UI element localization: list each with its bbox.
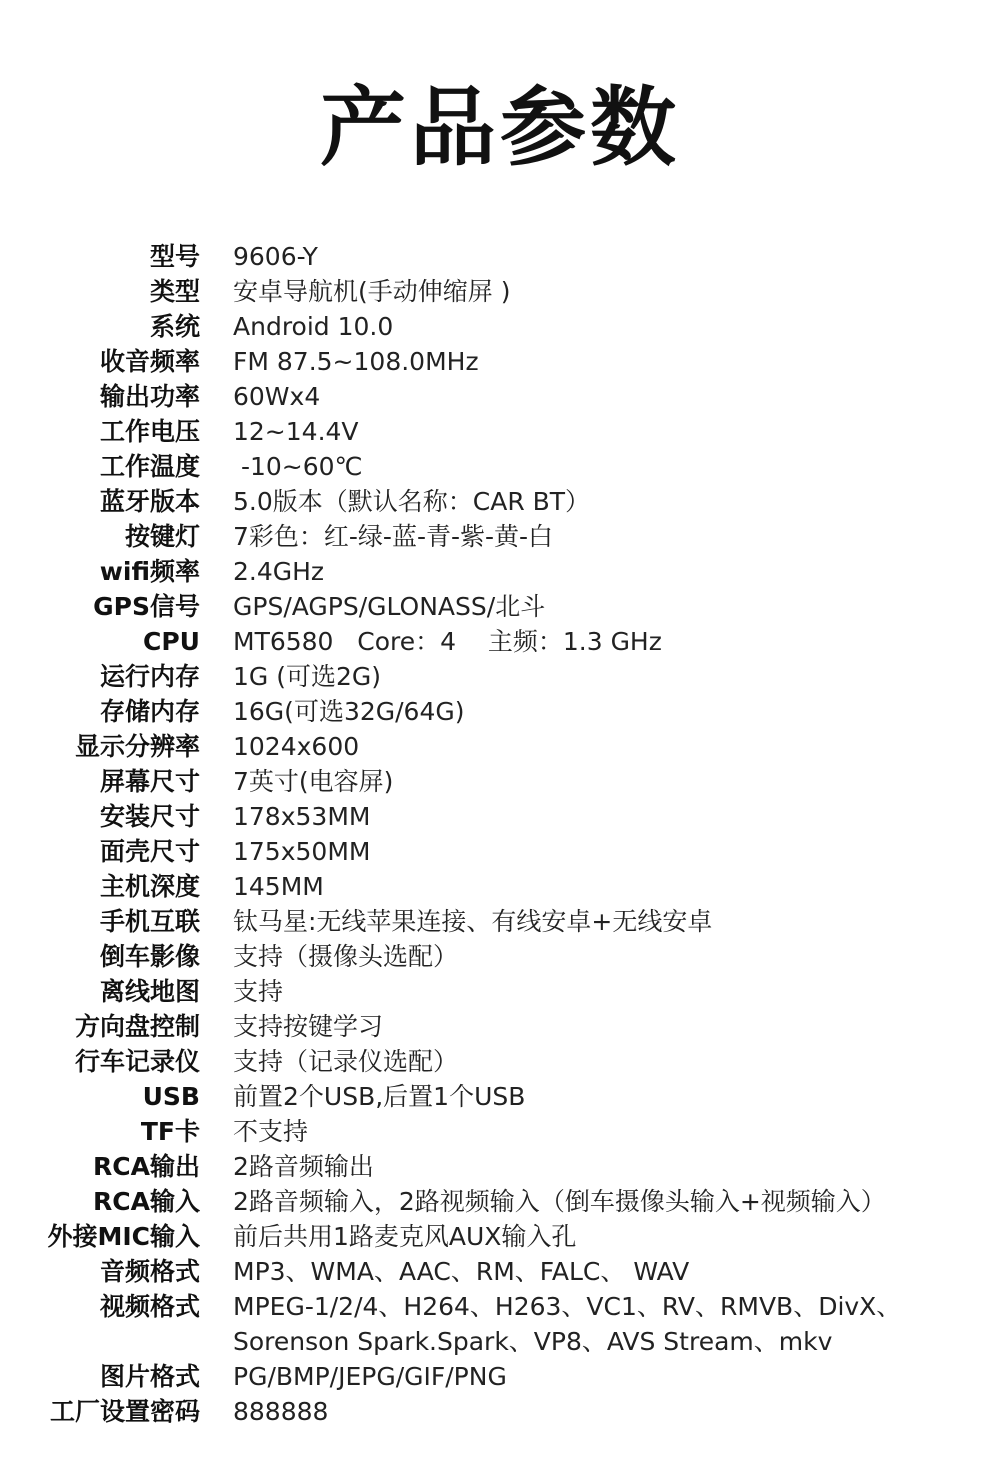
spec-row-type: 类型安卓导航机(手动伸缩屏 ) — [0, 274, 1000, 309]
spec-row-temperature: 工作温度 -10~60℃ — [0, 449, 1000, 484]
spec-value: 888888 — [233, 1394, 328, 1429]
spec-row-mic-input: 外接MIC输入前后共用1路麦克风AUX输入孔 — [0, 1219, 1000, 1254]
spec-row-rca-input: RCA输入2路音频输入，2路视频输入（倒车摄像头输入+视频输入） — [0, 1184, 1000, 1219]
spec-label: 屏幕尺寸 — [0, 764, 200, 799]
spec-value: 1G (可选2G) — [233, 659, 381, 694]
spec-label: 工作温度 — [0, 449, 200, 484]
spec-value: 支持（记录仪选配） — [233, 1044, 458, 1079]
spec-value: MPEG-1/2/4、H264、H263、VC1、RV、RMVB、DivX、 S… — [233, 1289, 901, 1359]
spec-label: RCA输入 — [0, 1184, 200, 1219]
spec-value: 178x53MM — [233, 799, 370, 834]
spec-label: 收音频率 — [0, 344, 200, 379]
spec-value: 145MM — [233, 869, 324, 904]
spec-row-steering-control: 方向盘控制支持按键学习 — [0, 1009, 1000, 1044]
spec-row-image-formats: 图片格式PG/BMP/JEPG/GIF/PNG — [0, 1359, 1000, 1394]
spec-value: 12~14.4V — [233, 414, 359, 449]
spec-label: 蓝牙版本 — [0, 484, 200, 519]
spec-row-model: 型号9606-Y — [0, 239, 1000, 274]
spec-value: 钛马星:无线苹果连接、有线安卓+无线安卓 — [233, 904, 712, 939]
spec-label: 存储内存 — [0, 694, 200, 729]
spec-value: 2路音频输出 — [233, 1149, 374, 1184]
spec-value: MT6580 Core：4 主频：1.3 GHz — [233, 624, 662, 659]
spec-row-gps: GPS信号GPS/AGPS/GLONASS/北斗 — [0, 589, 1000, 624]
spec-value: GPS/AGPS/GLONASS/北斗 — [233, 589, 545, 624]
spec-row-usb: USB前置2个USB,后置1个USB — [0, 1079, 1000, 1114]
spec-row-depth: 主机深度145MM — [0, 869, 1000, 904]
spec-row-voltage: 工作电压12~14.4V — [0, 414, 1000, 449]
spec-value: 不支持 — [233, 1114, 308, 1149]
spec-label: 型号 — [0, 239, 200, 274]
spec-label: 系统 — [0, 309, 200, 344]
spec-row-output-power: 输出功率60Wx4 — [0, 379, 1000, 414]
spec-label: 工作电压 — [0, 414, 200, 449]
spec-value: 7彩色：红-绿-蓝-青-紫-黄-白 — [233, 519, 553, 554]
spec-value: 9606-Y — [233, 239, 318, 274]
spec-row-panel-size: 面壳尺寸175x50MM — [0, 834, 1000, 869]
spec-row-storage: 存储内存16G(可选32G/64G) — [0, 694, 1000, 729]
spec-label: 类型 — [0, 274, 200, 309]
spec-value: 前后共用1路麦克风AUX输入孔 — [233, 1219, 576, 1254]
spec-label: 视频格式 — [0, 1289, 200, 1359]
spec-value: MP3、WMA、AAC、RM、FALC、 WAV — [233, 1254, 689, 1289]
spec-label: 外接MIC输入 — [0, 1219, 200, 1254]
spec-value: 175x50MM — [233, 834, 370, 869]
spec-value: 支持 — [233, 974, 283, 1009]
spec-label: 音频格式 — [0, 1254, 200, 1289]
spec-value: FM 87.5~108.0MHz — [233, 344, 479, 379]
spec-value: 7英寸(电容屏) — [233, 764, 393, 799]
spec-value: 前置2个USB,后置1个USB — [233, 1079, 525, 1114]
spec-value: 支持（摄像头选配） — [233, 939, 458, 974]
spec-value: PG/BMP/JEPG/GIF/PNG — [233, 1359, 507, 1394]
spec-label: 行车记录仪 — [0, 1044, 200, 1079]
spec-row-wifi: wifi频率2.4GHz — [0, 554, 1000, 589]
spec-row-audio-formats: 音频格式MP3、WMA、AAC、RM、FALC、 WAV — [0, 1254, 1000, 1289]
spec-value: Android 10.0 — [233, 309, 393, 344]
spec-label: 方向盘控制 — [0, 1009, 200, 1044]
spec-value: -10~60℃ — [233, 449, 363, 484]
spec-label: 倒车影像 — [0, 939, 200, 974]
spec-value: 5.0版本（默认名称：CAR BT） — [233, 484, 590, 519]
spec-value: 2路音频输入，2路视频输入（倒车摄像头输入+视频输入） — [233, 1184, 886, 1219]
spec-label: 按键灯 — [0, 519, 200, 554]
spec-value: 1024x600 — [233, 729, 359, 764]
spec-label: 显示分辨率 — [0, 729, 200, 764]
spec-value: 16G(可选32G/64G) — [233, 694, 464, 729]
spec-row-tf-card: TF卡不支持 — [0, 1114, 1000, 1149]
spec-row-screen-size: 屏幕尺寸7英寸(电容屏) — [0, 764, 1000, 799]
spec-label: TF卡 — [0, 1114, 200, 1149]
spec-row-radio-frequency: 收音频率FM 87.5~108.0MHz — [0, 344, 1000, 379]
spec-label: wifi频率 — [0, 554, 200, 589]
spec-row-install-size: 安装尺寸178x53MM — [0, 799, 1000, 834]
spec-row-key-lights: 按键灯7彩色：红-绿-蓝-青-紫-黄-白 — [0, 519, 1000, 554]
spec-label: 输出功率 — [0, 379, 200, 414]
page-title: 产品参数 — [0, 78, 1000, 178]
spec-label: 运行内存 — [0, 659, 200, 694]
spec-row-bluetooth: 蓝牙版本5.0版本（默认名称：CAR BT） — [0, 484, 1000, 519]
spec-label: 工厂设置密码 — [0, 1394, 200, 1429]
spec-table: 型号9606-Y 类型安卓导航机(手动伸缩屏 ) 系统Android 10.0 … — [0, 239, 1000, 1429]
spec-value: 60Wx4 — [233, 379, 320, 414]
spec-label: 安装尺寸 — [0, 799, 200, 834]
spec-row-resolution: 显示分辨率1024x600 — [0, 729, 1000, 764]
spec-label: RCA输出 — [0, 1149, 200, 1184]
spec-row-rca-output: RCA输出2路音频输出 — [0, 1149, 1000, 1184]
spec-label: 离线地图 — [0, 974, 200, 1009]
spec-value: 安卓导航机(手动伸缩屏 ) — [233, 274, 510, 309]
spec-row-phone-link: 手机互联钛马星:无线苹果连接、有线安卓+无线安卓 — [0, 904, 1000, 939]
spec-label: 手机互联 — [0, 904, 200, 939]
spec-value: 2.4GHz — [233, 554, 324, 589]
spec-row-dashcam: 行车记录仪支持（记录仪选配） — [0, 1044, 1000, 1079]
spec-row-factory-password: 工厂设置密码888888 — [0, 1394, 1000, 1429]
spec-label: 主机深度 — [0, 869, 200, 904]
spec-label: 图片格式 — [0, 1359, 200, 1394]
spec-label: CPU — [0, 624, 200, 659]
spec-label: GPS信号 — [0, 589, 200, 624]
spec-value: 支持按键学习 — [233, 1009, 383, 1044]
spec-label: USB — [0, 1079, 200, 1114]
spec-row-offline-map: 离线地图支持 — [0, 974, 1000, 1009]
spec-row-video-formats: 视频格式MPEG-1/2/4、H264、H263、VC1、RV、RMVB、Div… — [0, 1289, 1000, 1359]
spec-label: 面壳尺寸 — [0, 834, 200, 869]
spec-row-cpu: CPUMT6580 Core：4 主频：1.3 GHz — [0, 624, 1000, 659]
spec-row-ram: 运行内存1G (可选2G) — [0, 659, 1000, 694]
spec-row-reverse-camera: 倒车影像支持（摄像头选配） — [0, 939, 1000, 974]
spec-row-system: 系统Android 10.0 — [0, 309, 1000, 344]
